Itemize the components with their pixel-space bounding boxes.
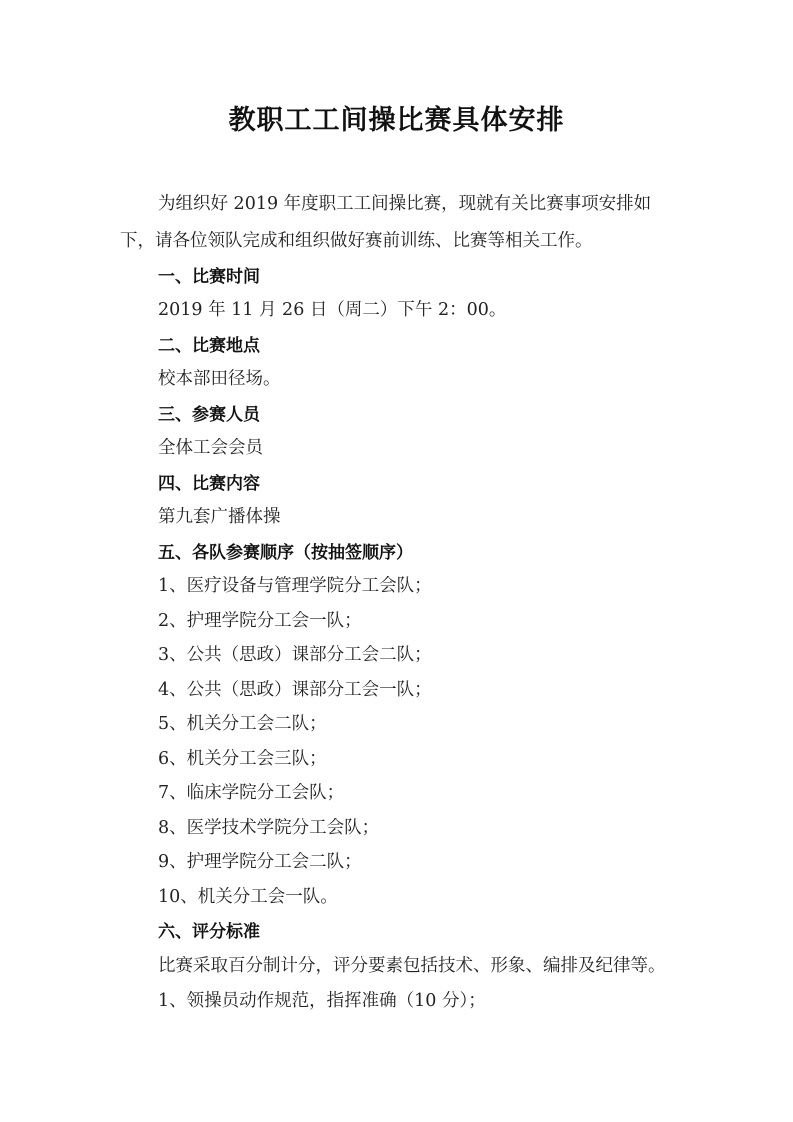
list-item: 1、医疗设备与管理学院分工会队； bbox=[158, 572, 432, 597]
section-body-location: 校本部田径场。 bbox=[158, 365, 281, 390]
intro-paragraph-line-2: 下，请各位领队完成和组织做好赛前训练、比赛等相关工作。 bbox=[120, 227, 593, 252]
document-title: 教职工工间操比赛具体安排 bbox=[0, 98, 793, 137]
list-item: 2、护理学院分工会一队； bbox=[158, 607, 362, 632]
section-heading-participants: 三、参赛人员 bbox=[158, 400, 260, 425]
section-body-time: 2019 年 11 月 26 日（周二）下午 2：00。 bbox=[158, 296, 506, 321]
list-item: 1、领操员动作规范，指挥准确（10 分）； bbox=[158, 987, 486, 1012]
section-body-participants: 全体工会会员 bbox=[158, 434, 263, 459]
list-item: 5、机关分工会二队； bbox=[158, 710, 327, 735]
section-heading-order: 五、各队参赛顺序（按抽签顺序） bbox=[158, 538, 413, 563]
list-item: 10、机关分工会一队。 bbox=[158, 883, 338, 908]
section-heading-scoring: 六、评分标准 bbox=[158, 917, 260, 942]
section-heading-content: 四、比赛内容 bbox=[158, 469, 260, 494]
list-item: 7、临床学院分工会队； bbox=[158, 779, 344, 804]
section-heading-time: 一、比赛时间 bbox=[158, 262, 260, 287]
list-item: 4、公共（思政）课部分工会一队； bbox=[158, 676, 432, 701]
list-item: 8、医学技术学院分工会队； bbox=[158, 814, 379, 839]
section-heading-location: 二、比赛地点 bbox=[158, 331, 260, 356]
intro-paragraph-line-1: 为组织好 2019 年度职工工间操比赛，现就有关比赛事项安排如 bbox=[158, 190, 651, 215]
section-body-content: 第九套广播体操 bbox=[158, 503, 281, 528]
document-page: 教职工工间操比赛具体安排 为组织好 2019 年度职工工间操比赛，现就有关比赛事… bbox=[0, 0, 793, 1122]
list-item: 6、机关分工会三队； bbox=[158, 745, 327, 770]
list-item: 9、护理学院分工会二队； bbox=[158, 848, 362, 873]
list-item: 3、公共（思政）课部分工会二队； bbox=[158, 641, 432, 666]
section-body-scoring: 比赛采取百分制计分，评分要素包括技术、形象、编排及纪律等。 bbox=[158, 952, 666, 977]
